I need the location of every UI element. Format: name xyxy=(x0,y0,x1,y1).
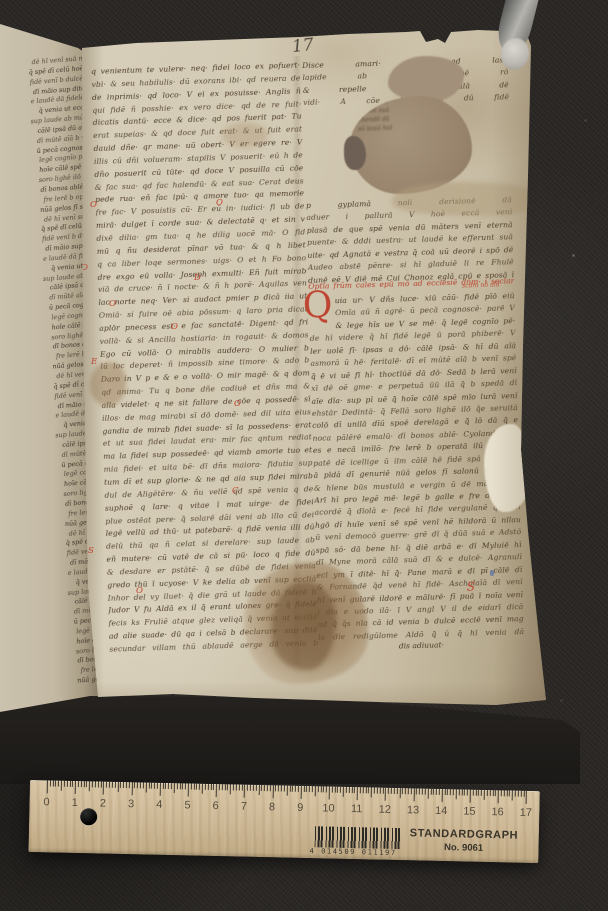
ruler-tick xyxy=(456,789,457,799)
ruler-tick xyxy=(340,787,341,793)
ruler-tick xyxy=(258,785,259,795)
photo-stage: dē hī venī suā mā dulcēq̄ spē dī celū ho… xyxy=(0,0,608,911)
ruler-tick xyxy=(275,785,276,791)
ruler-tick xyxy=(208,784,209,790)
ruler-tick xyxy=(58,781,59,787)
ruler-tick xyxy=(50,780,51,786)
ruler-tick xyxy=(337,787,338,793)
ruler-tick xyxy=(512,791,513,801)
ruler-number: 14 xyxy=(435,805,448,817)
metal-page-clip xyxy=(500,0,548,78)
ruler-tick xyxy=(264,785,265,791)
ruler-tick xyxy=(315,786,316,796)
ruler-tick xyxy=(129,782,130,788)
ruler-tick xyxy=(425,789,426,795)
ruler-tick xyxy=(81,781,82,787)
ruler-tick xyxy=(346,787,347,793)
ruler-model: No. 9061 xyxy=(389,841,539,855)
ruler-tick xyxy=(123,782,124,788)
ruler-tick xyxy=(360,787,361,793)
ruler-number: 4 xyxy=(156,799,162,811)
ruler-number: 13 xyxy=(407,804,420,816)
ruler-tick xyxy=(323,786,324,792)
ruler-tick xyxy=(458,789,459,795)
ruler-tick xyxy=(478,790,479,796)
ruler-tick xyxy=(518,791,519,797)
ruler-tick xyxy=(371,787,372,797)
ruler-tick xyxy=(408,788,409,794)
ruler-tick xyxy=(120,782,121,788)
ruler-tick xyxy=(526,791,527,804)
ruler-number: 15 xyxy=(463,805,476,817)
ruler-tick xyxy=(69,781,70,787)
ruler-tick xyxy=(329,787,330,800)
ruler-tick xyxy=(109,782,110,788)
ruler-tick xyxy=(312,786,313,792)
ruler-tick xyxy=(439,789,440,795)
ruler-tick xyxy=(193,784,194,790)
ruler-tick xyxy=(103,782,104,795)
ruler-tick xyxy=(196,784,197,790)
ruler-tick xyxy=(151,783,152,789)
ruler-tick xyxy=(216,784,217,797)
ruler: 01234567891011121314151617 4 014509 0111… xyxy=(28,780,539,863)
ruler-tick xyxy=(481,790,482,796)
ruler-tick xyxy=(396,788,397,794)
red-touched-initial: O xyxy=(234,399,241,409)
red-touched-initial: D xyxy=(194,273,201,283)
ruler-tick xyxy=(504,790,505,796)
ruler-tick xyxy=(154,783,155,789)
red-touched-initial: O xyxy=(171,322,178,332)
ruler-tick xyxy=(523,791,524,797)
ruler-number: 1 xyxy=(72,797,78,809)
ruler-tick xyxy=(495,790,496,796)
ruler-tick xyxy=(213,784,214,790)
ruler-tick xyxy=(126,782,127,788)
ruler-tick xyxy=(292,786,293,792)
ruler-tick xyxy=(354,787,355,793)
ruler-tick xyxy=(162,783,163,789)
ruler-tick xyxy=(422,789,423,795)
ruler-tick xyxy=(382,788,383,794)
ruler-number: 0 xyxy=(43,796,49,808)
ruler-number: 11 xyxy=(351,803,363,815)
ruler-tick xyxy=(295,786,296,792)
ruler-tick xyxy=(199,784,200,790)
ruler-tick xyxy=(475,790,476,796)
ruler-number: 6 xyxy=(212,800,218,812)
hole-blob-main: ne Eplasāe fallē suāchendē dāsō lesiā hi… xyxy=(350,96,472,194)
ruler-tick xyxy=(306,786,307,792)
red-touched-initial: O xyxy=(109,299,116,309)
ruler-tick xyxy=(368,787,369,793)
ruler-tick xyxy=(436,789,437,795)
ruler-tick xyxy=(286,786,287,796)
ruler-tick xyxy=(75,781,76,794)
dust-specks xyxy=(0,0,1,1)
ruler-tick xyxy=(222,784,223,790)
ruler-tick xyxy=(159,783,160,796)
ruler-tick xyxy=(413,788,414,801)
ruler-tick xyxy=(351,787,352,793)
ruler-tick xyxy=(365,787,366,793)
red-touched-initial: O xyxy=(216,198,223,208)
recto-page: 17 q venientum te vulere· neq· fidei loc… xyxy=(76,26,548,710)
ruler-tick xyxy=(377,788,378,794)
ruler-tick xyxy=(267,785,268,791)
ruler-tick xyxy=(112,782,113,788)
ruler-tick xyxy=(427,789,428,799)
red-touched-initial: O xyxy=(90,200,97,210)
ruler-tick xyxy=(61,781,62,791)
red-touched-initial: C xyxy=(232,486,239,496)
ruler-number: 7 xyxy=(241,801,247,813)
ruler-tick xyxy=(115,782,116,788)
ruler-number: 3 xyxy=(128,798,134,810)
ruler-tick xyxy=(224,784,225,790)
ruler-tick xyxy=(174,783,175,793)
ruler-tick xyxy=(148,783,149,789)
ruler-tick xyxy=(270,785,271,791)
ruler-tick xyxy=(210,784,211,790)
ruler-tick xyxy=(509,790,510,796)
ruler-tick xyxy=(233,784,234,790)
ruler-tick xyxy=(385,788,386,801)
ruler-tick xyxy=(182,783,183,789)
ruler-tick xyxy=(188,783,189,796)
ruler-tick xyxy=(506,790,507,796)
ruler-tick xyxy=(131,782,132,795)
ruler-tick xyxy=(289,786,290,792)
ruler-number: 17 xyxy=(520,807,533,819)
ruler-tick xyxy=(484,790,485,800)
repair-patch xyxy=(484,424,530,512)
ruler-tick xyxy=(405,788,406,794)
ruler-tick xyxy=(244,785,245,798)
ruler-tick xyxy=(100,782,101,788)
ruler-tick xyxy=(416,788,417,794)
hole-dark-chip xyxy=(344,136,366,170)
ruler-tick xyxy=(117,782,118,792)
ruler-tick xyxy=(78,781,79,787)
ruler-tick xyxy=(67,781,68,787)
ruler-tick xyxy=(447,789,448,795)
ruler-tick xyxy=(473,790,474,796)
ruler-number: 8 xyxy=(269,801,275,813)
ruler-tick xyxy=(464,789,465,795)
ruler-tick xyxy=(318,786,319,792)
ruler-tick xyxy=(487,790,488,796)
blue-fleck xyxy=(490,570,494,576)
ruler-tick xyxy=(470,790,471,803)
ruler-tick xyxy=(47,780,48,793)
ruler-tick xyxy=(402,788,403,794)
ruler-tick xyxy=(394,788,395,794)
ruler-tick xyxy=(177,783,178,789)
ruler-tick xyxy=(374,788,375,794)
large-red-initial: Q xyxy=(302,288,333,325)
ruler-number: 5 xyxy=(184,799,190,811)
damage-band xyxy=(392,182,544,216)
ruler-tick xyxy=(165,783,166,789)
ruler-tick xyxy=(334,787,335,793)
ruler-tick xyxy=(255,785,256,791)
ruler-tick xyxy=(501,790,502,796)
ruler-tick xyxy=(185,783,186,789)
ruler-tick xyxy=(433,789,434,795)
ruler-tick xyxy=(300,786,301,799)
ruler-tick xyxy=(278,785,279,791)
ruler-tick xyxy=(98,781,99,787)
ruler-tick xyxy=(281,785,282,791)
red-touched-initial: O xyxy=(136,586,143,596)
ruler-tick xyxy=(247,785,248,791)
ruler-tick xyxy=(326,786,327,792)
ruler-number: 9 xyxy=(297,802,303,814)
ruler-tick xyxy=(261,785,262,791)
ruler-tick xyxy=(380,788,381,794)
parchment-hole-damage: ne Eplasāe fallē suāchendē dāsō lesiā hi… xyxy=(344,56,524,202)
ruler-tick xyxy=(391,788,392,794)
ruler-tick xyxy=(134,782,135,788)
ruler-tick xyxy=(309,786,310,792)
ruler-tick xyxy=(52,780,53,786)
ruler-tick xyxy=(441,789,442,802)
ruler-tick xyxy=(205,784,206,790)
ruler-tick xyxy=(284,786,285,792)
ruler-tick xyxy=(489,790,490,796)
ruler-tick xyxy=(64,781,65,787)
ruler-tick xyxy=(320,786,321,792)
red-touched-initial: S xyxy=(88,546,94,556)
ruler-number: 12 xyxy=(379,804,392,816)
folio-number: 17 xyxy=(291,35,315,57)
red-marginal-note: scdm nō ald xyxy=(462,281,500,289)
ruler-number: 2 xyxy=(100,798,106,810)
ruler-tick xyxy=(419,788,420,794)
ruler-tick xyxy=(388,788,389,794)
ruler-tick xyxy=(227,784,228,790)
ruler-tick xyxy=(171,783,172,789)
ruler-tick xyxy=(363,787,364,793)
ruler-tick xyxy=(492,790,493,796)
ruler-tick xyxy=(241,785,242,791)
ruler-tick xyxy=(253,785,254,791)
ruler-tick xyxy=(343,787,344,797)
ruler-tick xyxy=(515,791,516,797)
ruler-tick xyxy=(92,781,93,787)
ruler-tick xyxy=(168,783,169,789)
ruler-tick xyxy=(145,783,146,793)
ruler-tick xyxy=(95,781,96,787)
ruler-tick xyxy=(450,789,451,795)
ruler-tick xyxy=(55,781,56,787)
ruler-tick xyxy=(430,789,431,795)
ruler-tick xyxy=(303,786,304,792)
ruler-tick xyxy=(239,785,240,791)
ruler-tick xyxy=(461,789,462,795)
ruler-tick xyxy=(498,790,499,803)
ruler-tick xyxy=(467,790,468,796)
ruler-tick xyxy=(250,785,251,791)
ruler-tick xyxy=(453,789,454,795)
ruler-tick xyxy=(272,785,273,798)
ruler-hanging-hole xyxy=(80,808,97,825)
red-touched-initial: E xyxy=(91,357,97,367)
ruler-tick xyxy=(84,781,85,787)
ruler-tick xyxy=(230,784,231,794)
left-text-column: q venientum te vulere· neq· fidei loco e… xyxy=(91,59,318,656)
ruler-tick xyxy=(140,782,141,788)
ruler-tick xyxy=(219,784,220,790)
ruler-tick xyxy=(444,789,445,795)
ruler-tick xyxy=(236,784,237,790)
ruler-tick xyxy=(143,782,144,788)
ruler-tick xyxy=(137,782,138,788)
small-red-initial: S xyxy=(467,579,476,593)
ruler-tick xyxy=(191,784,192,790)
ruler-tick xyxy=(179,783,180,789)
ruler-tick xyxy=(399,788,400,798)
ruler-tick xyxy=(357,787,358,800)
ruler-tick xyxy=(89,781,90,791)
ruler-tick xyxy=(521,791,522,797)
ruler-tick xyxy=(86,781,87,787)
ruler-tick xyxy=(106,782,107,788)
ruler-tick xyxy=(157,783,158,789)
ruler-tick xyxy=(411,788,412,794)
ruler-tick xyxy=(349,787,350,793)
ruler-tick xyxy=(332,787,333,793)
ruler-number: 10 xyxy=(322,802,335,814)
ruler-tick xyxy=(298,786,299,792)
ruler-number: 16 xyxy=(491,806,504,818)
ruler-tick xyxy=(202,784,203,794)
ruler-tick xyxy=(72,781,73,787)
ruler-brand: STANDARDGRAPH xyxy=(389,827,539,842)
